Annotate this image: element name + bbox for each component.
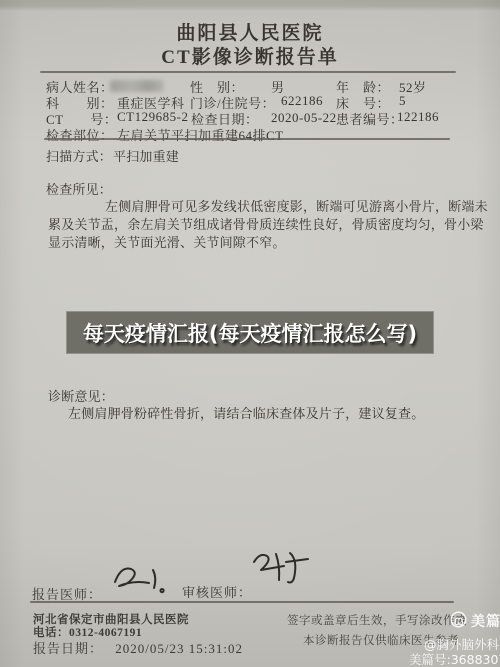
meipian-logo-icon	[450, 611, 467, 628]
review-doctor-label: 审核医师：	[182, 582, 252, 601]
signature-underline	[30, 601, 454, 603]
meipian-brand: 美篇	[471, 611, 500, 631]
patient-name-blurred	[110, 80, 164, 92]
overlay-banner: 每天疫情汇报(每天疫情汇报怎么写)	[67, 312, 433, 353]
patient-no-value: 122186	[397, 109, 439, 125]
review-doctor-signature	[246, 548, 326, 588]
exam-date-value: 2020-05-22	[271, 110, 337, 126]
ct-no-value: CT129685-2	[117, 109, 188, 125]
report-doctor-signature	[105, 560, 175, 596]
meipian-id: 美篇号:36883070	[409, 650, 500, 667]
banner-text: 每天疫情汇报(每天疫情汇报怎么写)	[83, 318, 417, 348]
title-underline	[40, 71, 456, 73]
visit-no-value: 622186	[281, 93, 323, 109]
report-date-value: 2020/05/23 15:31:02	[115, 641, 243, 656]
report-title: CT影像诊断报告单	[0, 42, 500, 69]
findings-label: 检查所见：	[46, 179, 112, 198]
findings-line: 累及关节盂，余左肩关节组成诸骨骨质连续性良好，骨质密度均匀，骨小梁	[48, 214, 484, 233]
bed-value: 5	[399, 93, 406, 109]
exam-part-label: 检查部位：	[46, 125, 114, 144]
findings-line: 显示清晰，关节面光滑、关节间隙不窄。	[48, 232, 286, 251]
report-date-label: 报告日期：	[33, 641, 103, 656]
info-underline	[44, 138, 450, 140]
diagnosis-text: 左侧肩胛骨粉碎性骨折，请结合临床查体及片子，建议复查。	[68, 403, 424, 422]
report-date-line: 报告日期： 2020/05/23 15:31:02	[33, 638, 243, 657]
exam-part-value: 左肩关节平扫加重建64排CT	[117, 125, 284, 144]
hospital-name: 曲阳县人民医院	[0, 18, 500, 45]
photo-background: 曲阳县人民医院 CT影像诊断报告单 病人姓名： 性 别： 男 年 龄： 52岁 …	[0, 0, 500, 667]
scan-method-label: 扫描方式：	[46, 146, 112, 165]
footer-notice-1: 签字或盖章后生效，手写涂改作废	[287, 612, 467, 628]
findings-line: 左侧肩胛骨可见多发线状低密度影，断端可见游离小骨片，断端未	[105, 196, 488, 215]
report-document: 曲阳县人民医院 CT影像诊断报告单 病人姓名： 性 别： 男 年 龄： 52岁 …	[0, 0, 500, 667]
patient-no-label: 患者编号：	[336, 109, 404, 128]
scan-method-value: 平扫加重建	[113, 146, 179, 165]
